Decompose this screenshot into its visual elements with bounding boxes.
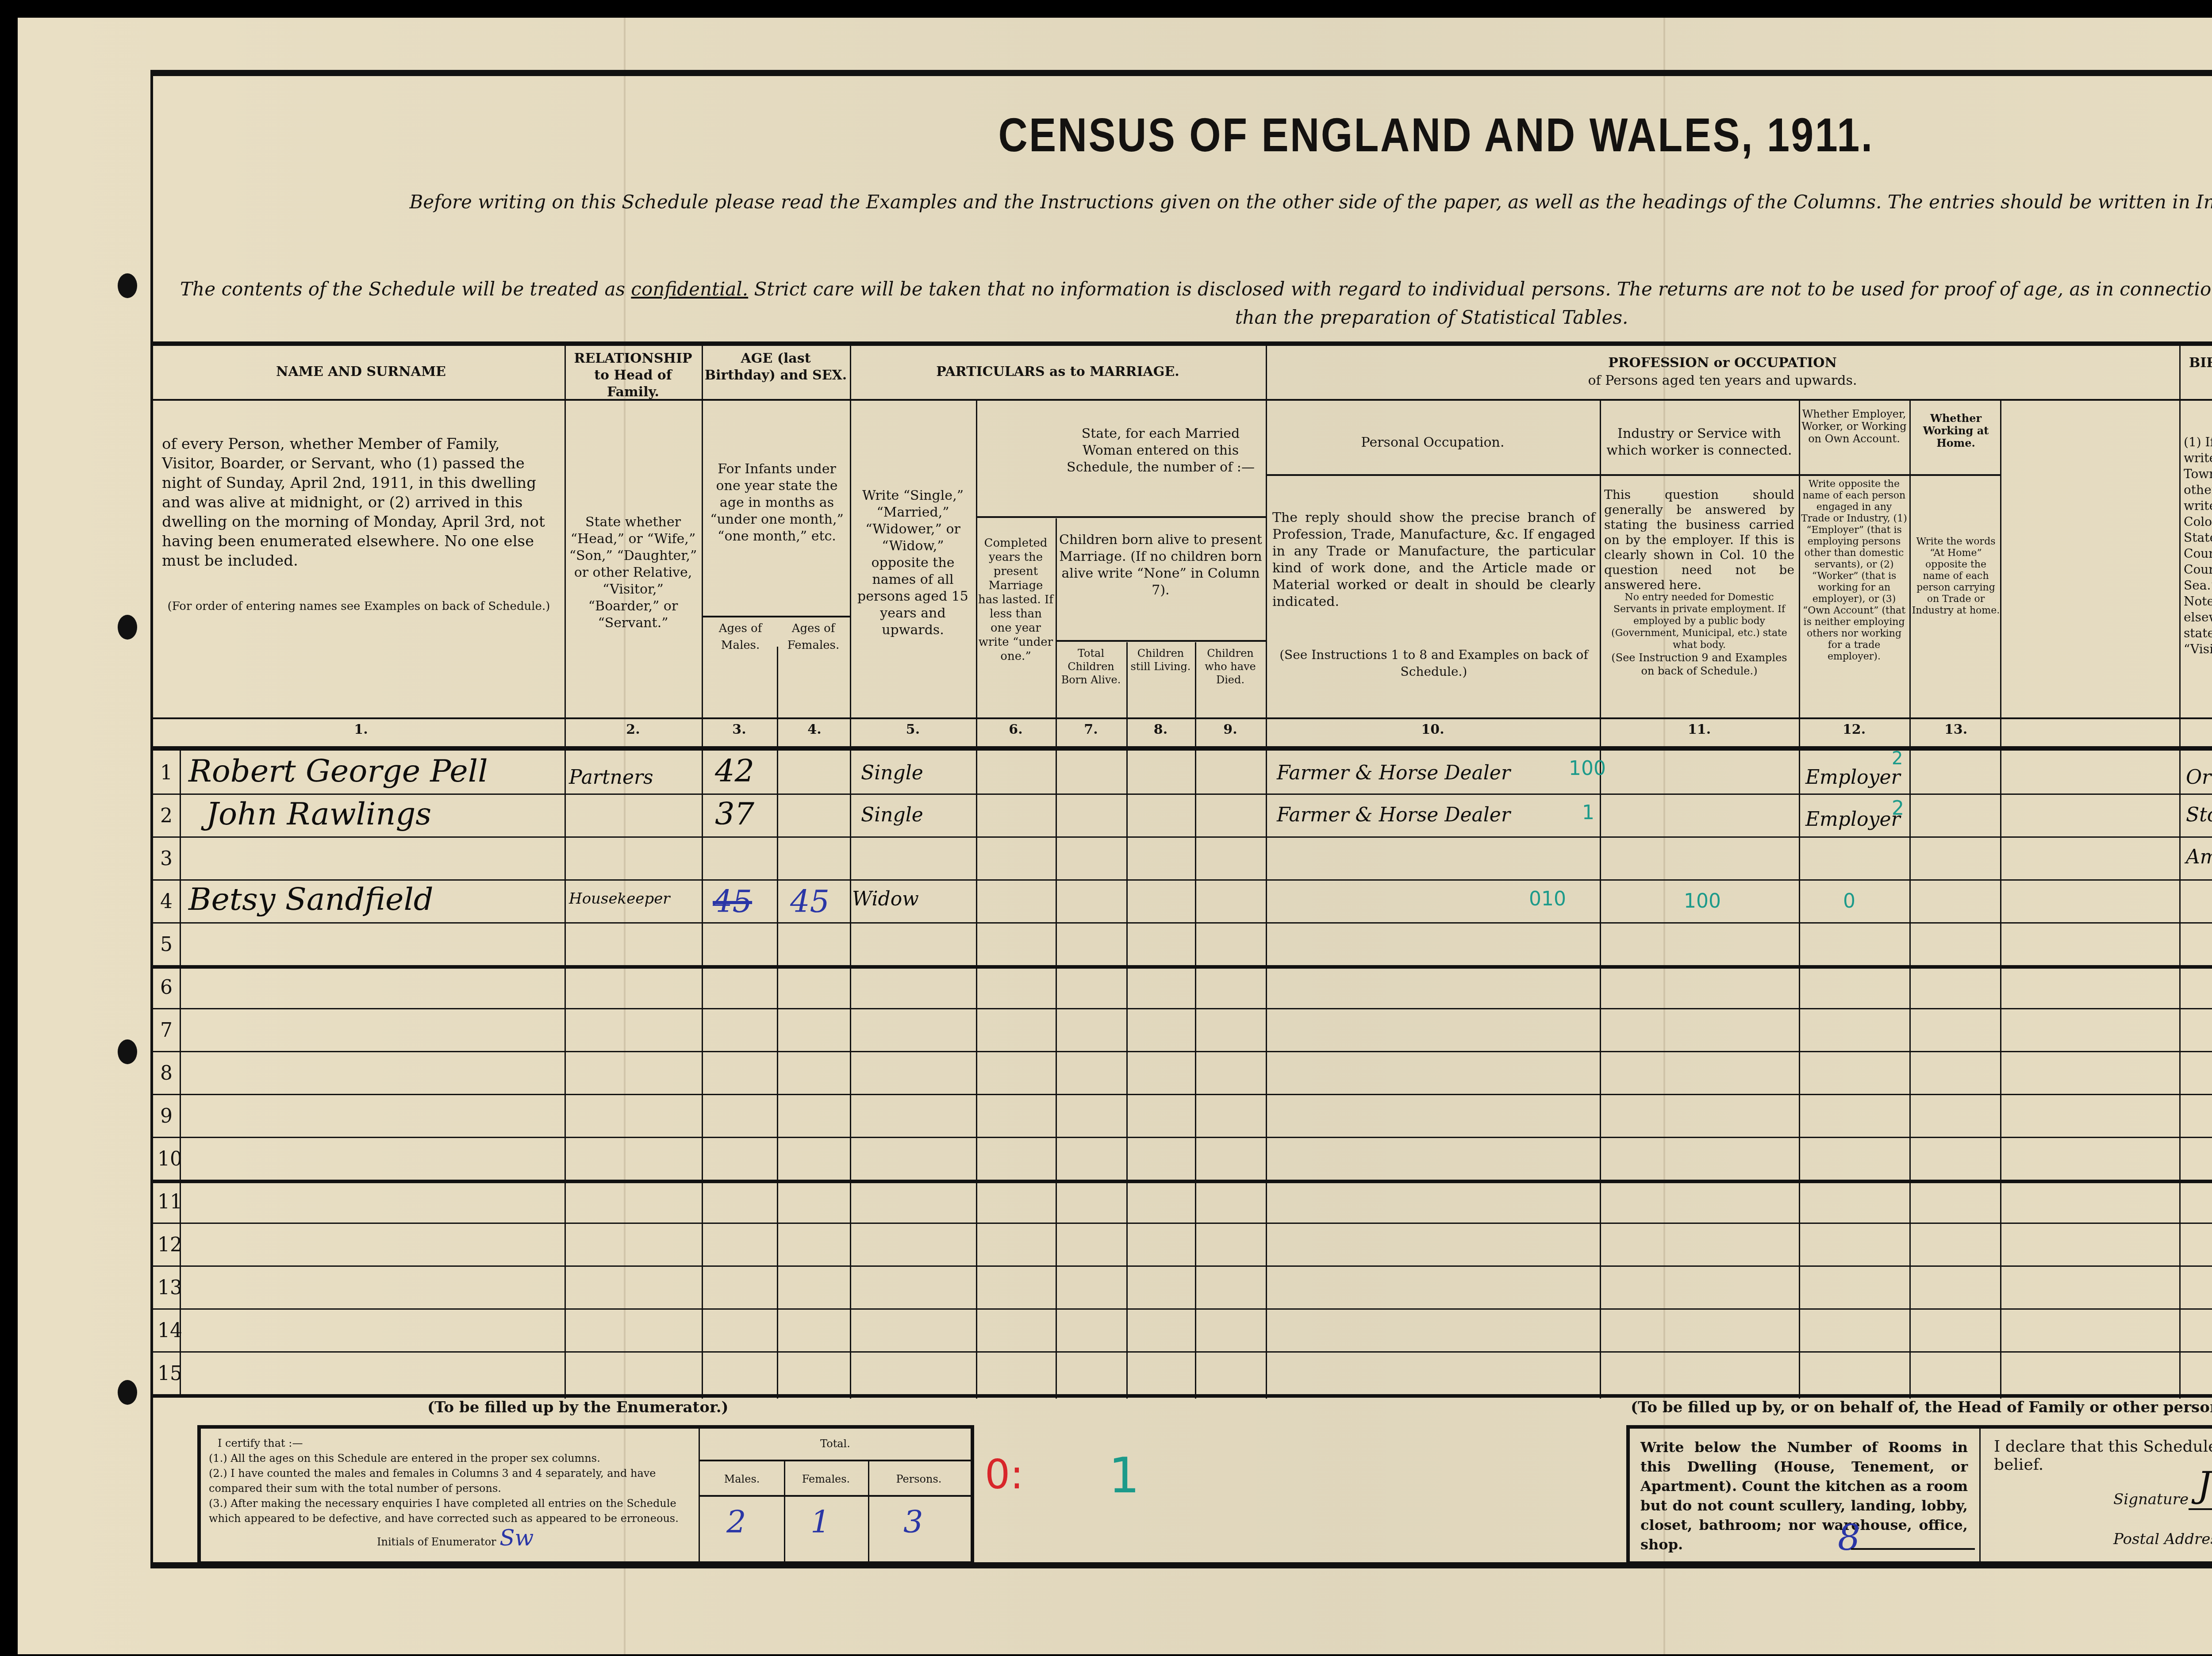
header-name: NAME AND SURNAME xyxy=(162,364,560,380)
punch-hole xyxy=(118,1380,137,1405)
header-personal-occupation: Personal Occupation. xyxy=(1268,434,1598,451)
column-divider xyxy=(1909,399,1911,1399)
certify-item: (1.) All the ages on this Schedule are e… xyxy=(209,1451,695,1466)
column-number: 5. xyxy=(852,722,974,737)
header-children: Children born alive to present Marriage.… xyxy=(1058,532,1263,599)
confidentiality-text: The contents of the Schedule will be tre… xyxy=(180,278,631,300)
row-number: 12 xyxy=(157,1234,175,1256)
entry-marital: Single xyxy=(861,762,923,784)
header-children-living: Children still Living. xyxy=(1129,647,1193,673)
totals-divider xyxy=(784,1460,785,1561)
row-rule xyxy=(153,1308,2212,1310)
column-number: 12. xyxy=(1801,722,1907,737)
entry-age-female: 45 xyxy=(790,883,829,920)
enumerator-section-title: (To be filled up by the Enumerator.) xyxy=(427,1399,729,1416)
age-rule xyxy=(702,616,850,617)
entry-marital: Single xyxy=(861,804,923,826)
header-relationship: RELATIONSHIP to Head of Family. xyxy=(567,350,699,401)
row-number: 3 xyxy=(157,847,175,870)
row-rule xyxy=(153,1394,2212,1398)
total-males: 2 xyxy=(726,1504,746,1540)
row-number: 10 xyxy=(157,1148,175,1170)
column-number: 3. xyxy=(704,722,775,737)
occupation-rule xyxy=(1266,474,1909,476)
occupation-code: 1 xyxy=(1582,801,1594,824)
instruction-employment: Write opposite the name of each person e… xyxy=(1801,479,1907,663)
header-at-home: Whether Working at Home. xyxy=(1912,412,2000,449)
instruction-occupation: The reply should show the precise branch… xyxy=(1272,510,1595,610)
total-label: Total. xyxy=(700,1437,971,1450)
totals-divider xyxy=(868,1460,869,1561)
instruction-name-note: (For order of entering names see Example… xyxy=(162,598,556,615)
row-number: 11 xyxy=(157,1191,175,1213)
females-label: Females. xyxy=(784,1473,868,1485)
column-number: 14. xyxy=(2184,722,2212,737)
header-employment: Whether Employer, Worker, or Working on … xyxy=(1801,408,1907,445)
instruction-marital: Write “Single,” “Married,” “Widower,” or… xyxy=(852,487,974,639)
confidential-word: confidential. xyxy=(631,278,748,300)
row-rule xyxy=(153,1051,2212,1052)
entry-occupation: Farmer & Horse Dealer xyxy=(1277,804,1510,826)
header-married-woman: State, for each Married Woman entered on… xyxy=(1058,425,1263,476)
confidentiality-text-2: Strict care will be taken that no inform… xyxy=(748,278,2212,328)
rooms-line xyxy=(1851,1548,1975,1550)
entry-birthplace: Orlingbury Nr Wellingboro xyxy=(2186,766,2212,789)
entry-marital: Widow xyxy=(852,888,919,910)
initials-row: Initials of Enumerator Sw xyxy=(209,1530,695,1549)
industry-code: 100 xyxy=(1684,890,1721,912)
entry-age-male: 37 xyxy=(715,796,754,832)
entry-age-male-struck: 45 xyxy=(713,883,752,920)
entries-top-rule xyxy=(153,746,2212,751)
certificate-text: I certify that :— (1.) All the ages on t… xyxy=(209,1436,695,1549)
entry-birthplace: Stoke, Nr Tenbury xyxy=(2186,804,2212,826)
column-divider xyxy=(976,399,977,1399)
householder-box: Write below the Number of Rooms in this … xyxy=(1626,1425,2212,1565)
column-number: 7. xyxy=(1058,722,1124,737)
row-rule xyxy=(153,1180,2212,1183)
row-number: 7 xyxy=(157,1019,175,1042)
census-table: NAME AND SURNAME RELATIONSHIP to Head of… xyxy=(153,341,2212,1399)
entry-birthplace: Amington Nr Tamworth xyxy=(2186,846,2212,868)
instruction-industry-note: (See Instruction 9 and Examples on back … xyxy=(1604,651,1794,678)
declaration-text: I declare that this Schedule is correctl… xyxy=(1994,1437,2212,1474)
column-divider xyxy=(1195,642,1196,1399)
employment-code: 2 xyxy=(1892,748,1903,769)
rooms-count: 8 xyxy=(1838,1517,1860,1558)
row-number: 1 xyxy=(157,762,175,784)
teal-tally-mark: 1 xyxy=(1109,1447,1140,1504)
entry-name: Robert George Pell xyxy=(188,753,488,789)
bottom-section: (To be filled up by the Enumerator.) I c… xyxy=(153,1399,2212,1562)
entry-age-male: 42 xyxy=(715,753,754,789)
header-birthplace: BIRTHPLACE of every person. xyxy=(2181,355,2212,372)
instruction-industry: This question should generally be answer… xyxy=(1604,487,1794,593)
row-number: 9 xyxy=(157,1105,175,1127)
certify-heading: I certify that :— xyxy=(209,1436,695,1451)
instruction-at-home: Write the words “At Home” opposite the n… xyxy=(1912,536,2000,617)
initials-label: Initials of Enumerator xyxy=(377,1536,496,1548)
column-divider xyxy=(850,346,851,1399)
instruction-name: of every Person, whether Member of Famil… xyxy=(162,434,556,571)
occupation-code: 010 xyxy=(1529,888,1566,910)
row-rule xyxy=(153,1094,2212,1095)
instruction-occupation-note: (See Instructions 1 to 8 and Examples on… xyxy=(1272,647,1595,680)
certify-item: (2.) I have counted the males and female… xyxy=(209,1466,695,1496)
totals-rule xyxy=(700,1495,971,1497)
occupation-code: 100 xyxy=(1569,757,1606,780)
header-marriage: PARTICULARS as to MARRIAGE. xyxy=(852,364,1263,380)
enumerator-certificate-box: I certify that :— (1.) All the ages on t… xyxy=(197,1425,974,1565)
row-number: 15 xyxy=(157,1362,175,1385)
entry-relationship: Housekeeper xyxy=(569,890,670,908)
column-divider xyxy=(2000,399,2001,1399)
entry-occupation: Farmer & Horse Dealer xyxy=(1277,762,1510,784)
column-number-rule xyxy=(153,717,2212,719)
row-number: 4 xyxy=(157,890,175,913)
column-divider xyxy=(1799,399,1800,1399)
row-rule xyxy=(153,793,2212,795)
entry-name: John Rawlings xyxy=(206,796,431,832)
column-number: 6. xyxy=(978,722,1053,737)
row-rule xyxy=(153,1008,2212,1009)
punch-hole xyxy=(118,1039,137,1064)
row-number: 13 xyxy=(157,1276,175,1299)
row-rule xyxy=(153,1223,2212,1224)
row-rule xyxy=(153,1265,2212,1267)
header-rule xyxy=(153,399,2212,401)
column-number: 10. xyxy=(1268,722,1598,737)
row-rule xyxy=(153,965,2212,969)
schedule-frame: CENSUS OF ENGLAND AND WALES, 1911. Befor… xyxy=(150,70,2212,1568)
column-divider xyxy=(1600,399,1601,1399)
header-children-died: Children who have Died. xyxy=(1197,647,1263,686)
column-number: 1. xyxy=(162,722,560,737)
header-ages-males: Ages of Males. xyxy=(706,620,775,654)
instruction-marriage-years: Completed years the present Marriage has… xyxy=(978,536,1053,663)
column-number: 13. xyxy=(1912,722,2000,737)
instruction-birthplace: (1) If born in the United Kingdom, write… xyxy=(2184,434,2212,594)
column-divider xyxy=(1126,642,1128,1399)
header-ages-females: Ages of Females. xyxy=(779,620,848,654)
header-total-children: Total Children Born Alive. xyxy=(1058,647,1124,686)
red-tally-mark: 0: xyxy=(985,1452,1024,1498)
header-age: AGE (last Birthday) and SEX. xyxy=(704,350,848,384)
row-number: 5 xyxy=(157,933,175,956)
totals-rule xyxy=(700,1460,971,1461)
entry-employment: Employer xyxy=(1805,766,1901,789)
column-number: 4. xyxy=(779,722,850,737)
employment-code: 2 xyxy=(1892,797,1904,820)
children-rule xyxy=(1056,640,1266,642)
column-divider xyxy=(777,647,778,1399)
enumerator-initials: Sw xyxy=(499,1525,534,1551)
row-number: 6 xyxy=(157,976,175,999)
column-divider xyxy=(702,346,703,1399)
column-divider xyxy=(2179,346,2181,1399)
column-divider xyxy=(565,346,566,1399)
row-number: 2 xyxy=(157,805,175,827)
totals-grid: Total. Males. Females. Persons. 2 1 3 xyxy=(699,1429,971,1561)
instructions-line: Before writing on this Schedule please r… xyxy=(153,191,2212,213)
entry-name: Betsy Sandfield xyxy=(188,881,434,917)
header-industry: Industry or Service with which worker is… xyxy=(1602,425,1797,459)
signature-line xyxy=(2189,1508,2212,1510)
total-persons: 3 xyxy=(903,1504,923,1540)
entry-relationship: Partners xyxy=(569,766,653,789)
page-title: CENSUS OF ENGLAND AND WALES, 1911. xyxy=(346,107,2212,162)
column-divider xyxy=(1266,346,1267,1399)
row-number: 14 xyxy=(157,1319,175,1342)
column-number: 9. xyxy=(1197,722,1263,737)
row-rule xyxy=(153,922,2212,924)
instruction-birthplace-note: Note.—In the case of persons born elsewh… xyxy=(2184,594,2212,657)
row-rule xyxy=(153,1137,2212,1138)
column-number: 8. xyxy=(1129,722,1193,737)
persons-label: Persons. xyxy=(868,1473,970,1485)
instruction-age: For Infants under one year state the age… xyxy=(706,461,848,545)
householder-section-title: (To be filled up by, or on behalf of, th… xyxy=(1631,1399,2212,1416)
instruction-industry-2: No entry needed for Domestic Servants in… xyxy=(1604,591,1794,651)
entry-employment: Employer xyxy=(1805,808,1901,831)
header-profession-sub: of Persons aged ten years and upwards. xyxy=(1268,372,2177,389)
row-rule xyxy=(153,836,2212,838)
married-rule xyxy=(976,516,1266,518)
column-number: 2. xyxy=(567,722,699,737)
instruction-relationship: State whether “Head,” or “Wife,” “Son,” … xyxy=(569,514,697,632)
postal-address-label: Postal Address xyxy=(2113,1530,2212,1548)
declaration-panel: I declare that this Schedule is correctl… xyxy=(1979,1429,2212,1561)
at-home-rule xyxy=(1909,474,2000,476)
row-rule xyxy=(153,879,2212,881)
row-rule xyxy=(153,1351,2212,1353)
confidentiality-notice: The contents of the Schedule will be tre… xyxy=(171,275,2212,332)
males-label: Males. xyxy=(700,1473,784,1485)
certify-item: (3.) After making the necessary enquirie… xyxy=(209,1496,695,1526)
signature-label: Signature xyxy=(2113,1491,2189,1508)
punch-hole xyxy=(118,615,137,640)
employment-code: 0 xyxy=(1843,890,1855,912)
row-number: 8 xyxy=(157,1062,175,1085)
header-profession: PROFESSION or OCCUPATION xyxy=(1268,355,2177,372)
total-females: 1 xyxy=(810,1504,830,1540)
rooms-instruction: Write below the Number of Rooms in this … xyxy=(1640,1437,1968,1554)
signature: John Rawlings xyxy=(2197,1464,2212,1505)
punch-hole xyxy=(118,273,137,298)
column-number: 11. xyxy=(1602,722,1797,737)
